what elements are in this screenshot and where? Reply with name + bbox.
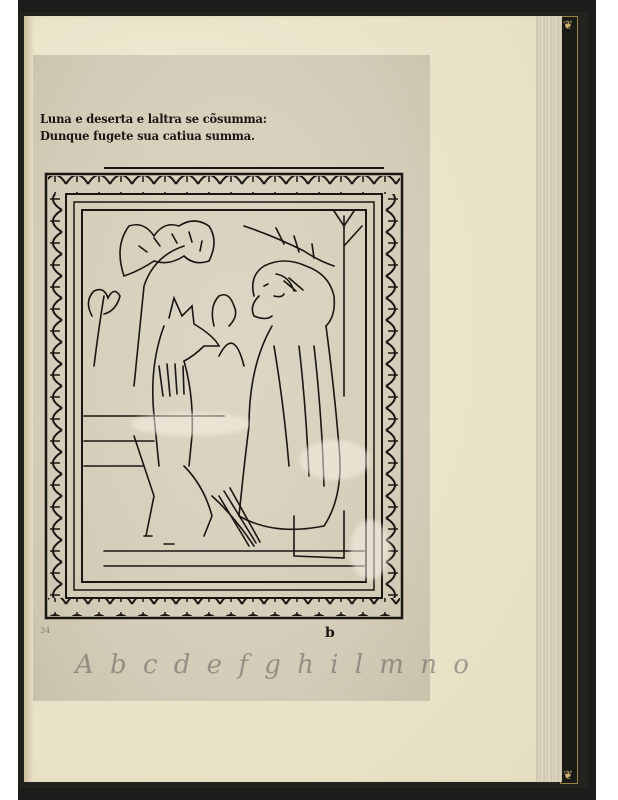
gold-corner-ornament-icon: ❦ [563,769,573,781]
signature-mark: b [325,625,335,641]
paper-stain [350,520,390,580]
gold-tooled-frame: ❦ ❦ [560,16,578,784]
caption-line-1: Luna e deserta e laltra se cõsumma: [40,110,316,127]
landscape-scene [84,211,364,566]
caption-line-2: Dunque fugete sua catiua summa. [40,127,316,144]
paper-stain [300,440,370,480]
page-edges [532,16,562,782]
paper-stain [130,412,250,436]
verse-caption: Luna e deserta e laltra se cõsumma: Dunq… [40,110,316,144]
gold-corner-ornament-icon: ❦ [563,19,573,31]
folio-number: 34 [40,626,50,635]
handwritten-alphabet: A b c d e f g h i l m n o [75,650,473,680]
